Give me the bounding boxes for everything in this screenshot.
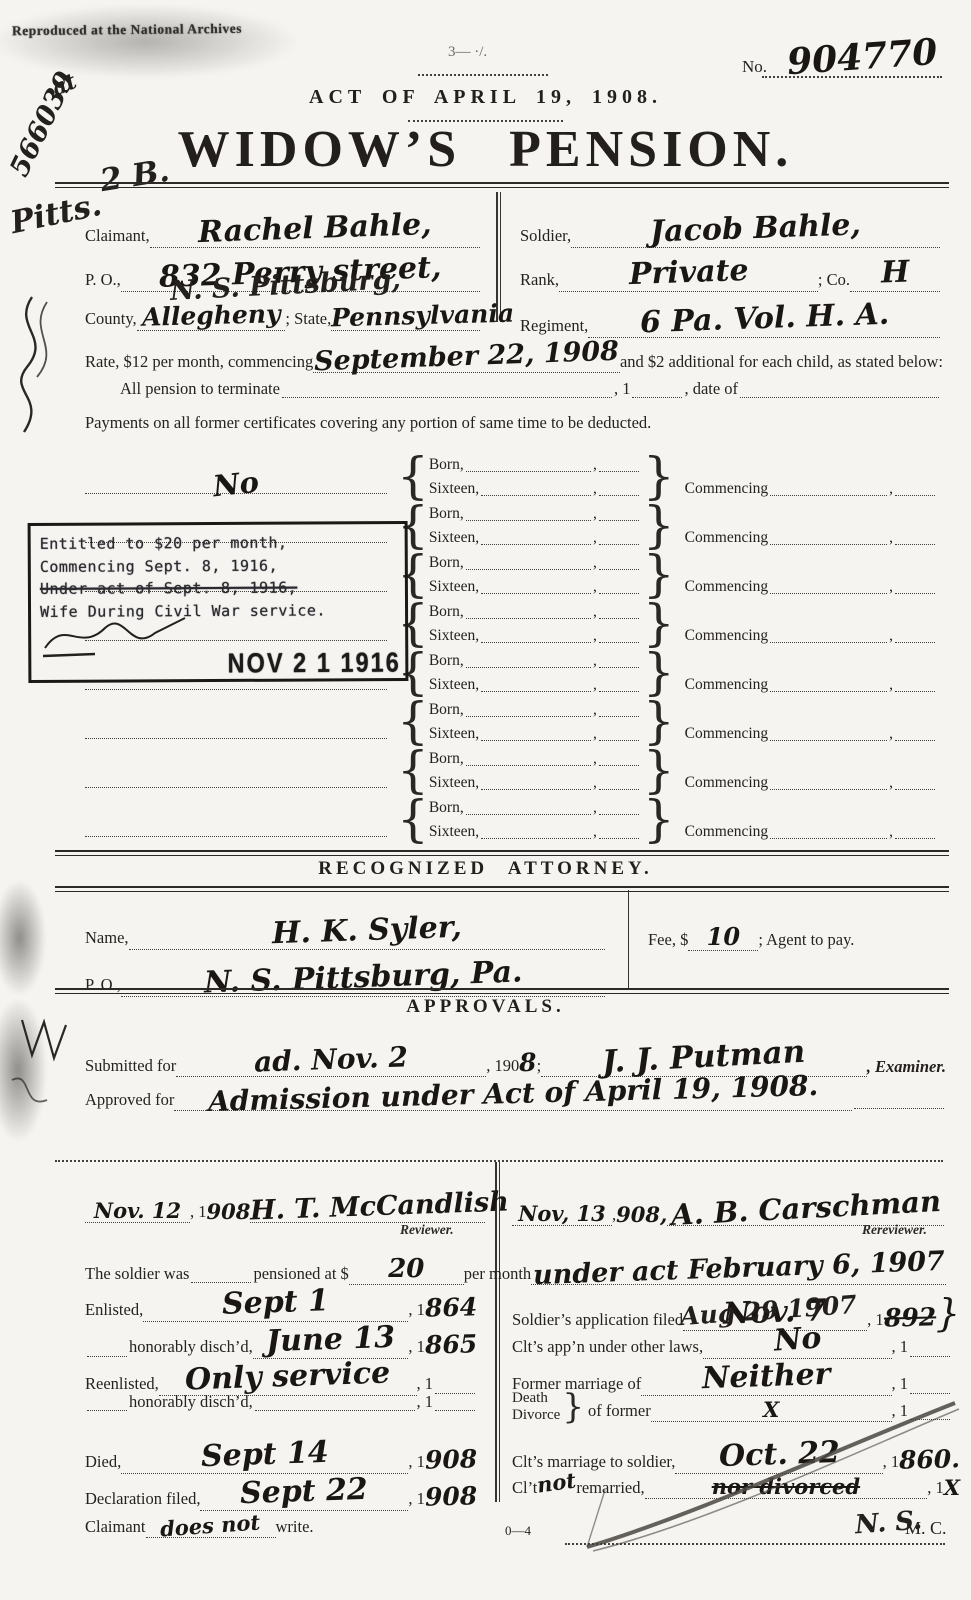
declaration-label: Declaration filed, bbox=[85, 1488, 200, 1510]
fee-label: Fee, $ bbox=[648, 929, 688, 951]
section-rule bbox=[55, 850, 949, 856]
remarried-not-handwritten: not bbox=[536, 1466, 579, 1499]
rate-prefix: Rate, $12 per month, commencing bbox=[85, 351, 313, 373]
section-rule bbox=[55, 886, 949, 892]
commencing-label: Commencing bbox=[685, 529, 769, 547]
enlisted-line: Enlisted, Sept 1 , 1 864 bbox=[85, 1280, 477, 1322]
claimant-write-slot: does not bbox=[146, 1509, 276, 1538]
dotted-line bbox=[481, 579, 591, 594]
reviewer-signature-slot: H. T. McCandlish bbox=[250, 1186, 485, 1223]
died-line: Died, Sept 14 , 1 908 bbox=[85, 1432, 477, 1474]
child-row-lines: Born,, Sixteen,, bbox=[429, 548, 641, 596]
dotted-line bbox=[895, 530, 935, 545]
commencing-line: Commencing, bbox=[685, 621, 937, 645]
discharged-value-slot: June 13 bbox=[253, 1317, 409, 1359]
comma: , bbox=[593, 799, 597, 817]
attorney-name-slot: H. K. Syler, bbox=[129, 908, 605, 950]
dotted-line bbox=[599, 677, 639, 692]
dotted-line bbox=[599, 506, 639, 521]
approved-handwritten: Admission under Act of April 19, 1908. bbox=[208, 1067, 819, 1121]
po-label: P. O., bbox=[85, 269, 121, 291]
comma: , bbox=[593, 725, 597, 743]
born-label: Born, bbox=[429, 799, 464, 817]
dotted-line bbox=[481, 530, 591, 545]
death-divorce-labels: Death Divorce bbox=[512, 1390, 560, 1424]
soldier-line: Soldier, Jacob Bahle, bbox=[520, 206, 940, 248]
child-name-slot bbox=[85, 816, 387, 837]
dotted-line bbox=[895, 824, 935, 839]
rereviewer-signature-slot: A. B. Carschman bbox=[667, 1186, 944, 1226]
close-brace: } bbox=[643, 796, 675, 842]
comma: , bbox=[889, 480, 893, 498]
discharged2-year-prefix: , 1 bbox=[417, 1391, 434, 1413]
comma: , bbox=[889, 627, 893, 645]
marriage-line: Clt’s marriage to soldier, Oct. 22 , 1 8… bbox=[512, 1432, 960, 1474]
child-row-lines: Born,, Sixteen,, bbox=[429, 744, 641, 792]
death-divorce-brace: } bbox=[562, 1392, 584, 1422]
commencing-label: Commencing bbox=[685, 480, 769, 498]
dotted-line bbox=[599, 824, 639, 839]
born-line: Born,, bbox=[429, 450, 641, 474]
commencing-line: Commencing, bbox=[685, 719, 937, 743]
footer-code-text: 0—4 bbox=[505, 1522, 531, 1540]
dotted-line bbox=[770, 775, 887, 790]
dotted-line bbox=[599, 457, 639, 472]
open-brace: { bbox=[397, 747, 429, 793]
dotted-line bbox=[632, 383, 682, 398]
sixteen-label: Sixteen, bbox=[429, 480, 479, 498]
fee-value-slot: 10 bbox=[688, 918, 758, 951]
close-brace: } bbox=[643, 551, 675, 597]
born-line: Born,, bbox=[429, 793, 641, 817]
dotted-line bbox=[466, 751, 591, 766]
comma: , bbox=[889, 823, 893, 841]
company-handwritten: H bbox=[880, 253, 910, 294]
commencing-label: Commencing bbox=[685, 725, 769, 743]
dotted-line bbox=[770, 579, 887, 594]
sixteen-label: Sixteen, bbox=[429, 578, 479, 596]
stamp-line-1: Entitled to $20 per month, bbox=[40, 531, 396, 555]
commencing-line: Commencing, bbox=[685, 670, 937, 694]
commencing-line: Commencing, bbox=[685, 474, 937, 498]
child-row-lines: Born,, Sixteen,, bbox=[429, 793, 641, 841]
dotted-line bbox=[770, 824, 887, 839]
dotted-line bbox=[770, 628, 887, 643]
comma: , bbox=[593, 627, 597, 645]
dotted-line bbox=[282, 383, 612, 398]
claimant-write-handwritten: does not bbox=[160, 1509, 262, 1544]
attorney-name-line: Name, H. K. Syler, bbox=[85, 908, 605, 950]
claimant-write-prefix: Claimant bbox=[85, 1516, 146, 1538]
comma: , bbox=[593, 456, 597, 474]
claimant-line: Claimant, Rachel Bahle, bbox=[85, 206, 480, 248]
claimant-write-suffix: write. bbox=[276, 1516, 314, 1538]
approved-line: Approved for Admission under Act of Apri… bbox=[85, 1072, 946, 1111]
rereview-date-slot: Nov, 13 bbox=[512, 1197, 612, 1226]
born-label: Born, bbox=[429, 554, 464, 572]
remarried-prefix: Cl’t bbox=[512, 1477, 537, 1499]
death-label: Death bbox=[512, 1390, 560, 1407]
child-row-lines: Born,, Sixteen,, bbox=[429, 597, 641, 645]
dotted-line bbox=[599, 628, 639, 643]
dotted-line bbox=[740, 383, 939, 398]
review-year-prefix: , 1 bbox=[190, 1201, 207, 1223]
child-row: { Born,, Sixteen,, } Commencing, bbox=[85, 742, 937, 792]
comma: , bbox=[593, 652, 597, 670]
comma: , bbox=[593, 578, 597, 596]
no-underline bbox=[762, 74, 942, 78]
fee-line: Fee, $ 10 ; Agent to pay. bbox=[648, 918, 938, 951]
rate-date-slot: September 22, 1908 bbox=[313, 336, 620, 373]
footer-form-code: 0—4 bbox=[505, 1522, 565, 1540]
open-brace: { bbox=[397, 698, 429, 744]
declaration-handwritten: Sept 22 bbox=[240, 1470, 369, 1515]
sixteen-line: Sixteen,, bbox=[429, 670, 641, 694]
attorney-column-divider bbox=[628, 890, 630, 988]
child-row-lines: Born,, Sixteen,, bbox=[429, 499, 641, 547]
dotted-line bbox=[895, 579, 935, 594]
section-rule bbox=[55, 988, 949, 994]
comma: , bbox=[593, 676, 597, 694]
widows-pension-form-page: Reproduced at the National Archives 3— ·… bbox=[0, 0, 971, 1600]
dotted-line bbox=[599, 604, 639, 619]
dotted-line bbox=[895, 481, 935, 496]
remarried-handwritten: nor divorced bbox=[712, 1473, 860, 1501]
child-row-lines: Born,, Sixteen,, bbox=[429, 450, 641, 498]
review-year-handwritten: 908 bbox=[207, 1198, 251, 1226]
born-line: Born,, bbox=[429, 597, 641, 621]
comma: , bbox=[889, 529, 893, 547]
attorney-name-handwritten: H. K. Syler, bbox=[271, 908, 462, 955]
comma: , bbox=[593, 505, 597, 523]
sixteen-label: Sixteen, bbox=[429, 725, 479, 743]
dotted-line bbox=[854, 1094, 944, 1109]
died-value-slot: Sept 14 bbox=[121, 1432, 408, 1474]
rereviewer-role-label: Rereviewer. bbox=[862, 1222, 927, 1238]
sixteen-label: Sixteen, bbox=[429, 774, 479, 792]
form-code-text: 3— ·/. bbox=[448, 42, 487, 62]
co-value-slot: H bbox=[850, 250, 940, 292]
fee-suffix: ; Agent to pay. bbox=[758, 929, 854, 951]
archives-stamp-text: Reproduced at the National Archives bbox=[12, 21, 242, 39]
discharged2-line: honorably disch’d, , 1 bbox=[85, 1391, 477, 1413]
discharged-line: honorably disch’d, June 13 , 1 865 bbox=[85, 1317, 477, 1359]
declaration-line: Declaration filed, Sept 22 , 1 908 bbox=[85, 1469, 477, 1511]
born-line: Born,, bbox=[429, 744, 641, 768]
claimant-value-slot: Rachel Bahle, bbox=[150, 206, 480, 248]
dotted-line bbox=[481, 481, 591, 496]
child-row: { Born,, Sixteen,, } Commencing, bbox=[85, 693, 937, 743]
comma: , bbox=[593, 823, 597, 841]
dotted-line bbox=[599, 653, 639, 668]
dotted-line bbox=[910, 1405, 950, 1420]
sixteen-label: Sixteen, bbox=[429, 676, 479, 694]
rank-line: Rank, Private ; Co. H bbox=[520, 250, 940, 292]
marriage-value-slot: Oct. 22 bbox=[675, 1432, 882, 1474]
dotted-line bbox=[895, 775, 935, 790]
dotted-line bbox=[481, 726, 591, 741]
reviewer-role-label: Reviewer. bbox=[400, 1222, 454, 1238]
sixteen-line: Sixteen,, bbox=[429, 817, 641, 841]
dotted-line bbox=[435, 1396, 475, 1411]
certificate-number-line: No. 904770 bbox=[742, 30, 957, 79]
dotted-line bbox=[599, 702, 639, 717]
footer-initials-text: M. C. bbox=[905, 1516, 947, 1540]
sixteen-label: Sixteen, bbox=[429, 823, 479, 841]
child-row-lines: Born,, Sixteen,, bbox=[429, 695, 641, 743]
of-former-handwritten: X bbox=[763, 1396, 779, 1424]
dotted-line bbox=[599, 555, 639, 570]
claimant-name-handwritten: Rachel Bahle, bbox=[197, 205, 432, 254]
co-label: ; Co. bbox=[818, 269, 850, 291]
sixteen-label: Sixteen, bbox=[429, 627, 479, 645]
comma: , bbox=[593, 603, 597, 621]
born-line: Born,, bbox=[429, 695, 641, 719]
child-row: { Born,, Sixteen,, } Commencing, bbox=[85, 791, 937, 841]
payments-note: Payments on all former certificates cove… bbox=[85, 412, 651, 434]
dotted-line bbox=[466, 506, 591, 521]
death-divorce-line: Death Divorce } of former X , 1 bbox=[512, 1386, 952, 1422]
no-value-slot: 904770 bbox=[767, 30, 957, 79]
dotted-line bbox=[481, 628, 591, 643]
remarried-value-slot: nor divorced bbox=[645, 1470, 928, 1499]
state-value-slot: Pennsylvania bbox=[331, 296, 480, 331]
close-brace: } bbox=[643, 698, 675, 744]
child-row: No { Born,, Sixteen,, } Commencing, bbox=[85, 448, 937, 498]
enlisted-value-slot: Sept 1 bbox=[143, 1280, 408, 1322]
commencing-line: Commencing, bbox=[685, 523, 937, 547]
comma: , bbox=[889, 774, 893, 792]
review-date-slot: Nov. 12 bbox=[85, 1194, 190, 1223]
ink-blot bbox=[0, 878, 47, 998]
dotted-line bbox=[599, 751, 639, 766]
reenlisted-line: Reenlisted, Only service , 1 bbox=[85, 1354, 477, 1396]
remarried-line: Cl’t not remarried, nor divorced , 1 X bbox=[512, 1470, 960, 1499]
regiment-value-slot: 6 Pa. Vol. H. A. bbox=[588, 296, 940, 338]
rank-value-slot: Private bbox=[559, 250, 818, 292]
child-name-slot: No bbox=[85, 473, 387, 494]
comma: , bbox=[593, 774, 597, 792]
sixteen-label: Sixteen, bbox=[429, 529, 479, 547]
divorce-label: Divorce bbox=[512, 1407, 560, 1424]
comma: , bbox=[889, 676, 893, 694]
dotted-line bbox=[466, 653, 591, 668]
commencing-label: Commencing bbox=[685, 774, 769, 792]
dotted-line bbox=[87, 1396, 127, 1411]
born-label: Born, bbox=[429, 750, 464, 768]
reviewer-signature-handwritten: H. T. McCandlish bbox=[250, 1184, 510, 1229]
rate-line: Rate, $12 per month, commencing Septembe… bbox=[85, 336, 943, 373]
commencing-label: Commencing bbox=[685, 676, 769, 694]
rate-commencing-handwritten: September 22, 1908 bbox=[314, 334, 620, 381]
commencing-line: Commencing, bbox=[685, 572, 937, 596]
commencing-label: Commencing bbox=[685, 627, 769, 645]
remarried-label: remarried, bbox=[576, 1477, 644, 1499]
born-label: Born, bbox=[429, 701, 464, 719]
dotted-line bbox=[466, 555, 591, 570]
state-label: ; State, bbox=[285, 308, 331, 330]
claimant-write-line: Claimant does not write. bbox=[85, 1509, 477, 1538]
entitlement-stamp-box: Entitled to $20 per month, Commencing Se… bbox=[28, 521, 409, 683]
born-line: Born,, bbox=[429, 548, 641, 572]
date-stamp-nov-21-1916: NOV 2 1 1916 bbox=[228, 646, 401, 679]
commencing-label: Commencing bbox=[685, 823, 769, 841]
open-brace: { bbox=[397, 453, 429, 499]
rereviewer-line: Nov, 13 , 908, A. B. Carschman bbox=[512, 1186, 944, 1226]
act-title: ACT OF APRIL 19, 1908. bbox=[0, 86, 971, 109]
dotted-line bbox=[481, 824, 591, 839]
dotted-line bbox=[466, 604, 591, 619]
born-label: Born, bbox=[429, 652, 464, 670]
review-date-handwritten: Nov. 12 bbox=[94, 1197, 181, 1225]
close-brace: } bbox=[643, 502, 675, 548]
claimant-label: Claimant, bbox=[85, 225, 150, 247]
close-brace: } bbox=[643, 649, 675, 695]
county-value-slot: Allegheny bbox=[137, 296, 286, 331]
dotted-line bbox=[770, 677, 887, 692]
stamp-line-3-struck: Under act of Sept. 8, 1916, bbox=[40, 576, 396, 600]
dotted-line bbox=[770, 530, 887, 545]
terminate-date-of: , date of bbox=[684, 378, 738, 400]
comma: , bbox=[593, 554, 597, 572]
county-handwritten: Allegheny bbox=[141, 297, 280, 334]
dotted-line bbox=[599, 481, 639, 496]
attorney-section-title: RECOGNIZED ATTORNEY. bbox=[0, 858, 971, 880]
open-brace: { bbox=[397, 796, 429, 842]
sixteen-line: Sixteen,, bbox=[429, 523, 641, 547]
dotted-line bbox=[895, 726, 935, 741]
born-line: Born,, bbox=[429, 646, 641, 670]
dotted-line bbox=[255, 1396, 415, 1411]
terminate-prefix: All pension to terminate bbox=[120, 378, 280, 400]
comma: , bbox=[593, 529, 597, 547]
form-code-underline bbox=[418, 72, 548, 76]
soldier-name-handwritten: Jacob Bahle, bbox=[649, 205, 861, 253]
payments-note-text: Payments on all former certificates cove… bbox=[85, 412, 651, 434]
fee-handwritten: 10 bbox=[707, 921, 740, 953]
stamp-line-2: Commencing Sept. 8, 1916, bbox=[40, 554, 396, 578]
comma: , bbox=[889, 578, 893, 596]
sixteen-line: Sixteen,, bbox=[429, 621, 641, 645]
margin-ink-scribble bbox=[2, 292, 72, 442]
dotted-line bbox=[895, 628, 935, 643]
born-label: Born, bbox=[429, 603, 464, 621]
comma: , bbox=[593, 701, 597, 719]
rate-suffix: and $2 additional for each child, as sta… bbox=[620, 351, 943, 373]
rank-label: Rank, bbox=[520, 269, 559, 291]
other-laws-value-slot: No bbox=[703, 1317, 891, 1359]
child-row-lines: Born,, Sixteen,, bbox=[429, 646, 641, 694]
dotted-line bbox=[770, 726, 887, 741]
born-label: Born, bbox=[429, 505, 464, 523]
regiment-line: Regiment, 6 Pa. Vol. H. A. bbox=[520, 296, 940, 338]
dotted-line bbox=[481, 677, 591, 692]
county-label: County, bbox=[85, 308, 137, 330]
terminate-line: All pension to terminate , 1 , date of bbox=[120, 378, 941, 400]
declaration-value-slot: Sept 22 bbox=[200, 1469, 408, 1511]
sixteen-line: Sixteen,, bbox=[429, 572, 641, 596]
of-former-year-prefix: , 1 bbox=[892, 1400, 909, 1422]
soldier-label: Soldier, bbox=[520, 225, 571, 247]
reenlisted-value-slot: Only service bbox=[159, 1354, 417, 1396]
dotted-line bbox=[599, 800, 639, 815]
footer-initials-printed: M. C. bbox=[905, 1516, 947, 1540]
ink-blot bbox=[0, 995, 48, 1145]
dotted-line bbox=[481, 775, 591, 790]
sixteen-line: Sixteen,, bbox=[429, 719, 641, 743]
rereview-year-handwritten: 908, bbox=[616, 1201, 667, 1229]
dotted-line bbox=[466, 702, 591, 717]
state-handwritten: Pennsylvania bbox=[331, 297, 515, 336]
discharged2-label: honorably disch’d, bbox=[129, 1391, 253, 1413]
child-name-slot bbox=[85, 767, 387, 788]
comma: , bbox=[889, 725, 893, 743]
dotted-line bbox=[599, 775, 639, 790]
approved-value-slot: Admission under Act of April 19, 1908. bbox=[174, 1072, 852, 1111]
form-code: 3— ·/. bbox=[448, 42, 518, 62]
rank-handwritten: Private bbox=[628, 251, 749, 296]
dotted-line bbox=[466, 457, 591, 472]
close-brace: } bbox=[643, 453, 675, 499]
other-laws-line: Clt’s app’n under other laws, No , 1 bbox=[512, 1317, 952, 1359]
sixteen-line: Sixteen,, bbox=[429, 768, 641, 792]
born-line: Born,, bbox=[429, 499, 641, 523]
commencing-label: Commencing bbox=[685, 578, 769, 596]
terminate-one: , 1 bbox=[614, 378, 631, 400]
attorney-name-label: Name, bbox=[85, 927, 129, 949]
dotted-line bbox=[895, 677, 935, 692]
close-brace: } bbox=[643, 600, 675, 646]
scan-smudge bbox=[0, 4, 300, 79]
approved-label: Approved for bbox=[85, 1089, 174, 1111]
stamp-line-4: Wife During Civil War service. bbox=[40, 599, 396, 623]
soldier-value-slot: Jacob Bahle, bbox=[571, 206, 940, 248]
sixteen-line: Sixteen,, bbox=[429, 474, 641, 498]
dotted-line bbox=[599, 726, 639, 741]
of-former-label: of former bbox=[588, 1400, 651, 1422]
commencing-line: Commencing, bbox=[685, 817, 937, 841]
remarried-year-prefix: , 1 bbox=[927, 1477, 944, 1499]
dotted-line bbox=[770, 481, 887, 496]
rereview-date-handwritten: Nov, 13 bbox=[518, 1200, 606, 1228]
approvals-section-title: APPROVALS. bbox=[0, 996, 971, 1018]
commencing-line: Commencing, bbox=[685, 768, 937, 792]
remarried-year-handwritten: X bbox=[944, 1474, 960, 1502]
close-brace: } bbox=[643, 747, 675, 793]
dotted-line bbox=[466, 800, 591, 815]
comma: , bbox=[593, 750, 597, 768]
county-state-line: County, Allegheny ; State, Pennsylvania bbox=[85, 296, 480, 331]
dotted-line bbox=[599, 579, 639, 594]
declaration-year-prefix: , 1 bbox=[408, 1488, 425, 1510]
header-rule bbox=[55, 182, 949, 188]
footer-dotted-line bbox=[565, 1541, 945, 1545]
child-name-slot bbox=[85, 718, 387, 739]
of-former-value-slot: X bbox=[651, 1393, 892, 1422]
dotted-line bbox=[599, 530, 639, 545]
born-label: Born, bbox=[429, 456, 464, 474]
comma: , bbox=[593, 480, 597, 498]
reviewer-line: Nov. 12 , 1 908 H. T. McCandlish bbox=[85, 1186, 485, 1223]
